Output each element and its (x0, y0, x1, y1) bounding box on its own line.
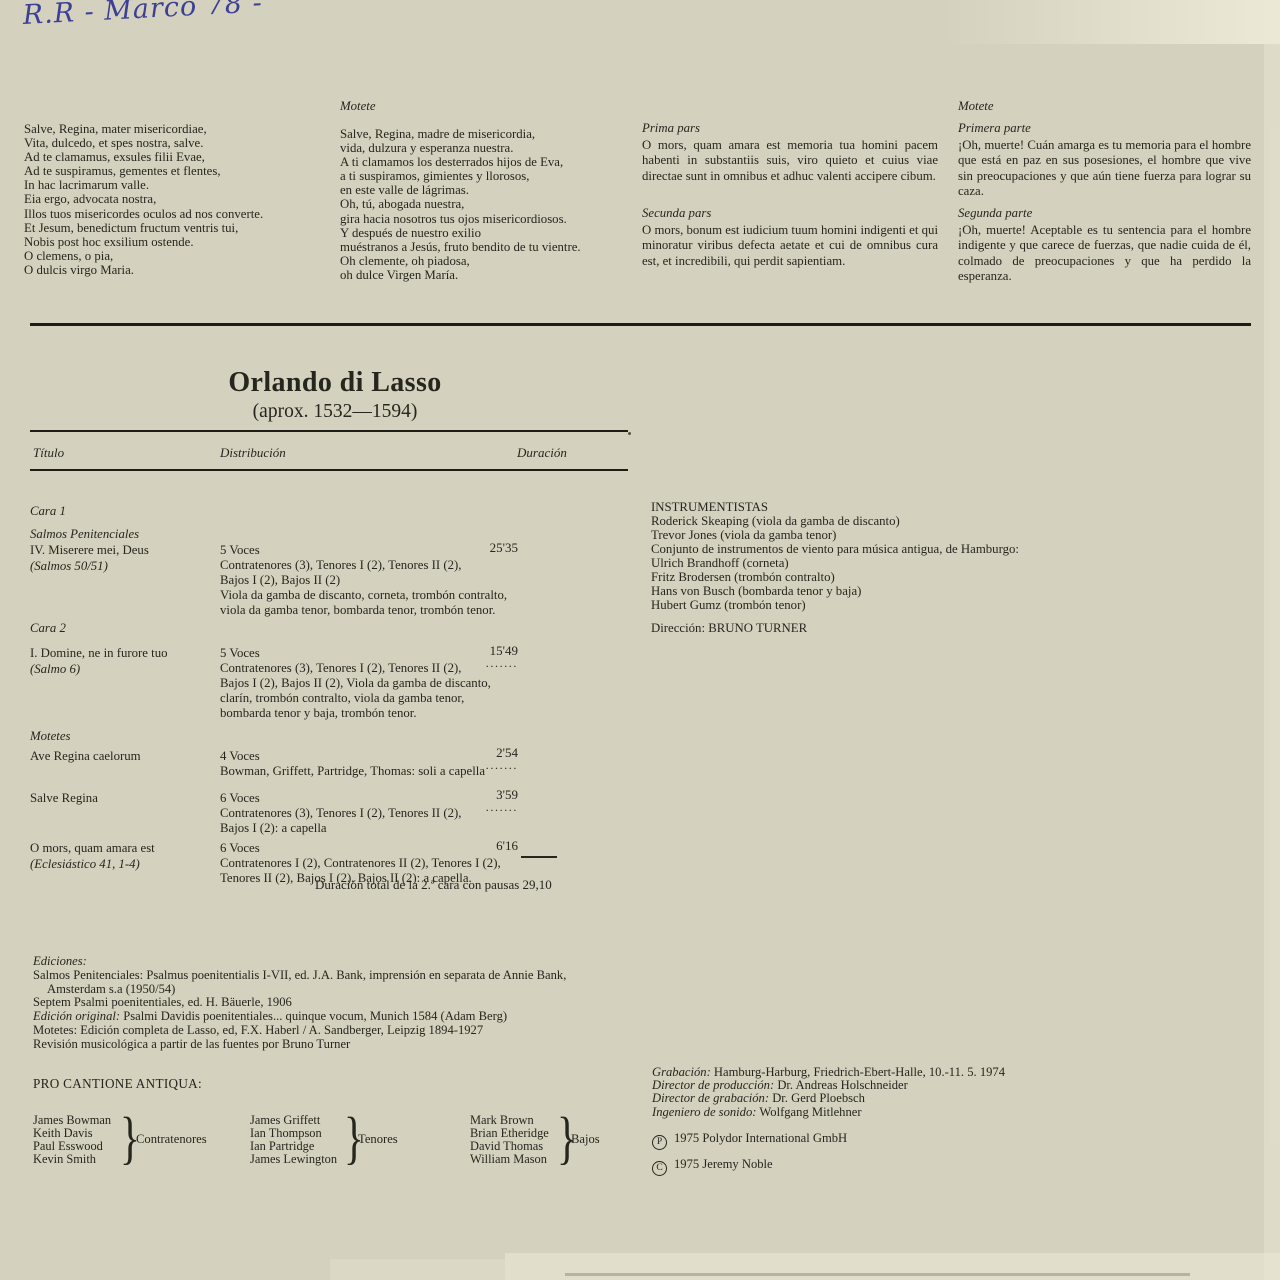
duration-dots: ....... (448, 800, 518, 815)
paper-speck (628, 432, 631, 435)
duration-sum-rule (521, 856, 557, 858)
table-top-rule (30, 430, 628, 432)
credit-line: Ingeniero de sonido: Wolfgang Mitlehner (652, 1106, 1112, 1119)
primera-parte-text: ¡Oh, muerte! Cuán amarga es tu memoria p… (958, 138, 1251, 199)
ediciones-line: Salmos Penitenciales: Psalmus poenitenti… (33, 969, 633, 983)
voice-group-label: Contratenores (136, 1132, 207, 1147)
copyright-line: C1975 Jeremy Noble (652, 1157, 773, 1176)
salve-regina-latin-text: Salve, Regina, mater misericordiae,Vita,… (24, 122, 336, 277)
credit-value: Wolfgang Mitlehner (756, 1105, 861, 1119)
direccion-credit: Dirección: BRUNO TURNER (651, 621, 807, 636)
copyright-text: 1975 Jeremy Noble (674, 1157, 773, 1171)
ediciones-line: Motetes: Edición completa de Lasso, ed, … (33, 1024, 633, 1038)
work-title: I. Domine, ne in furore tuo (30, 646, 220, 660)
work-title: Salve Regina (30, 791, 220, 805)
phonogram-icon: P (652, 1135, 667, 1150)
prima-pars-heading: Prima pars (642, 121, 700, 135)
ediciones-line: Septem Psalmi poenitentiales, ed. H. Bäu… (33, 996, 633, 1010)
composer-name: Orlando di Lasso (150, 367, 520, 399)
work-duration: 6'16 (448, 838, 518, 854)
motete-heading-spanish: Motete (340, 99, 376, 113)
composer-block: Orlando di Lasso (aprox. 1532—1594) (150, 367, 520, 423)
voice-group-label: Tenores (358, 1132, 398, 1147)
ediciones-line-label: Edición original: (33, 1009, 120, 1023)
cara1-label: Cara 1 (30, 504, 66, 519)
column-header-duracion: Duración (517, 445, 567, 461)
choir-heading: PRO CANTIONE ANTIQUA: (33, 1076, 202, 1092)
credit-label: Grabación: (652, 1065, 711, 1079)
work-title-sub: (Salmos 50/51) (30, 559, 108, 573)
work-title-sub: (Eclesiástico 41, 1-4) (30, 857, 140, 871)
credit-value: Dr. Andreas Holschneider (774, 1078, 908, 1092)
column-header-distribucion: Distribución (220, 445, 286, 461)
motete-heading-spanish-2: Motete (958, 99, 994, 113)
copyright-icon: C (652, 1161, 667, 1176)
credit-value: Hamburg-Harburg, Friedrich-Ebert-Halle, … (711, 1065, 1005, 1079)
cara2-label: Cara 2 (30, 621, 66, 636)
credit-label: Director de grabación: (652, 1091, 769, 1105)
secunda-pars-heading: Secunda pars (642, 206, 711, 220)
ediciones-line: Edición original: Psalmi Davidis poenite… (33, 1010, 633, 1024)
ediciones-block: Ediciones: Salmos Penitenciales: Psalmus… (33, 955, 633, 1052)
cara1-subtitle: Salmos Penitenciales (30, 527, 139, 542)
primera-parte-heading: Primera parte (958, 121, 1031, 135)
motetes-label: Motetes (30, 729, 71, 744)
work-title: IV. Miserere mei, Deus (30, 543, 215, 557)
column-header-titulo: Título (33, 445, 64, 461)
paper-crease-line (565, 1273, 1190, 1276)
recording-credits: Grabación: Hamburg-Harburg, Friedrich-Eb… (652, 1066, 1112, 1119)
phonogram-text: 1975 Polydor International GmbH (674, 1131, 847, 1145)
segunda-parte-text: ¡Oh, muerte! Aceptable es tu sentencia p… (958, 223, 1251, 284)
work-title: Ave Regina caelorum (30, 749, 220, 763)
credit-value: Dr. Gerd Ploebsch (769, 1091, 865, 1105)
ediciones-line: Amsterdam s.a (1950/54) (33, 983, 633, 997)
credit-label: Ingeniero de sonido: (652, 1105, 756, 1119)
ediciones-line: Revisión musicológica a partir de las fu… (33, 1038, 633, 1052)
paper-shade-right-edge (1264, 0, 1280, 1280)
secunda-pars-text: O mors, bonum est iudicium tuum homini i… (642, 223, 938, 269)
full-width-divider-rule (30, 323, 1251, 326)
instrumentistas-list: Roderick Skeaping (viola da gamba de dis… (651, 514, 1071, 612)
duration-dots: ....... (448, 758, 518, 773)
composer-dates: (aprox. 1532—1594) (150, 401, 520, 423)
total-duration-note: Duración total de la 2.ª cara con pausas… (315, 877, 552, 893)
handwritten-note: R.R - Marco 78 - (22, 0, 263, 31)
salve-regina-spanish-text: Salve, Regina, madre de misericordia,vid… (340, 127, 640, 282)
segunda-parte-heading: Segunda parte (958, 206, 1032, 220)
work-title: O mors, quam amara est (30, 841, 220, 855)
duration-dots: ....... (448, 656, 518, 671)
prima-pars-text: O mors, quam amara est memoria tua homin… (642, 138, 938, 184)
ediciones-line-rest: Psalmi Davidis poenitentiales... quinque… (120, 1009, 507, 1023)
voice-group-label: Bajos (571, 1132, 600, 1147)
table-header-rule (30, 469, 628, 471)
phonogram-copyright-line: P1975 Polydor International GmbH (652, 1131, 847, 1150)
work-title-sub: (Salmo 6) (30, 662, 80, 676)
paper-shade-bottom-2 (330, 1259, 510, 1280)
instrumentistas-heading: INSTRUMENTISTAS (651, 500, 768, 515)
ediciones-heading: Ediciones: (33, 955, 633, 969)
work-duration: 25'35 (448, 540, 518, 556)
paper-shade-top-right (940, 0, 1280, 44)
credit-label: Director de producción: (652, 1078, 774, 1092)
